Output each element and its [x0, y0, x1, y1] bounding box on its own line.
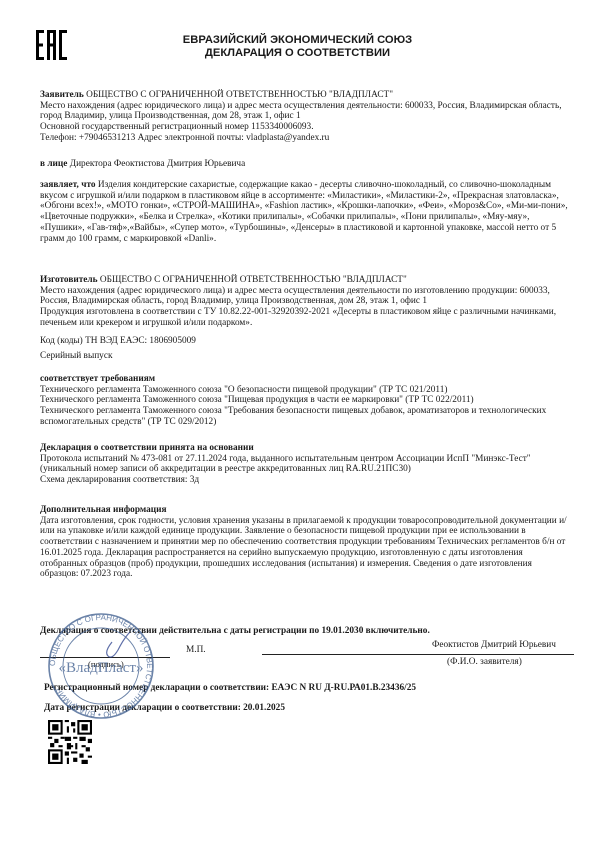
requirements-section: соответствует требованиям Технического р…	[40, 374, 570, 428]
applicant-address: Место нахождения (адрес юридического лиц…	[40, 101, 570, 122]
basis-title: Декларация о соответствии принята на осн…	[40, 443, 254, 453]
basis-scheme: Схема декларирования соответствия: 3д	[40, 475, 570, 486]
manufacturer-label: Изготовитель	[40, 275, 98, 285]
signer-caption: (Ф.И.О. заявителя)	[447, 657, 567, 668]
additional-text: Дата изготовления, срок годности, услови…	[40, 516, 570, 580]
applicant-contacts: Телефон: +79046531213 Адрес электронной …	[40, 133, 570, 144]
manufacturer-spec: Продукция изготовлена в соответствии с Т…	[40, 307, 570, 328]
representative-text: Директора Феоктистова Дмитрия Юрьевича	[70, 159, 246, 169]
basis-protocol: Протокола испытаний № 473-081 от 27.11.2…	[40, 454, 570, 475]
applicant-label: Заявитель	[40, 90, 84, 100]
manufacturer-section: Изготовитель ОБЩЕСТВО С ОГРАНИЧЕННОЙ ОТВ…	[40, 275, 570, 329]
hs-code: Код (коды) ТН ВЭД ЕАЭС: 1806905009	[40, 336, 570, 347]
applicant-name: ОБЩЕСТВО С ОГРАНИЧЕННОЙ ОТВЕТСТВЕННОСТЬЮ…	[86, 90, 393, 100]
declares-section: заявляет, что Изделия кондитерские сахар…	[40, 180, 570, 244]
basis-section: Декларация о соответствии принята на осн…	[40, 443, 570, 486]
manufacturer-name: ОБЩЕСТВО С ОГРАНИЧЕННОЙ ОТВЕТСТВЕННОСТЬЮ…	[100, 275, 407, 285]
signer-name-line	[262, 654, 574, 655]
applicant-section: Заявитель ОБЩЕСТВО С ОГРАНИЧЕННОЙ ОТВЕТС…	[40, 90, 570, 144]
document-title: ДЕКЛАРАЦИЯ О СООТВЕТСТВИИ	[0, 47, 595, 60]
release-type: Серийный выпуск	[40, 351, 570, 362]
applicant-ogrn: Основной государственный регистрационный…	[40, 122, 570, 133]
representative-label: в лице	[40, 159, 67, 169]
requirement-item: Технического регламента Таможенного союз…	[40, 395, 570, 406]
requirements-title: соответствует требованиям	[40, 374, 155, 384]
product-description: Изделия кондитерские сахаристые, содержа…	[40, 180, 568, 244]
requirement-item: Технического регламента Таможенного союз…	[40, 406, 570, 427]
additional-section: Дополнительная информация Дата изготовле…	[40, 505, 570, 580]
company-stamp-icon: ОБЩЕСТВО С ОГРАНИЧЕННОЙ ОТВЕТСТВЕННОСТЬЮ…	[42, 612, 160, 720]
signer-name: Феоктистов Дмитрий Юрьевич	[432, 640, 582, 651]
manufacturer-address: Место нахождения (адрес юридического лиц…	[40, 286, 570, 307]
representative-section: в лице Директора Феоктистова Дмитрия Юрь…	[40, 159, 570, 170]
requirement-item: Технического регламента Таможенного союз…	[40, 385, 570, 396]
stamp-center-text: «ВладПласт»	[59, 660, 144, 676]
additional-title: Дополнительная информация	[40, 505, 167, 515]
union-title: ЕВРАЗИЙСКИЙ ЭКОНОМИЧЕСКИЙ СОЮЗ	[0, 34, 595, 47]
declares-label: заявляет, что	[40, 180, 96, 190]
qr-code-icon	[48, 720, 92, 764]
signature-stroke	[107, 632, 130, 657]
seal-caption: М.П.	[186, 645, 226, 656]
